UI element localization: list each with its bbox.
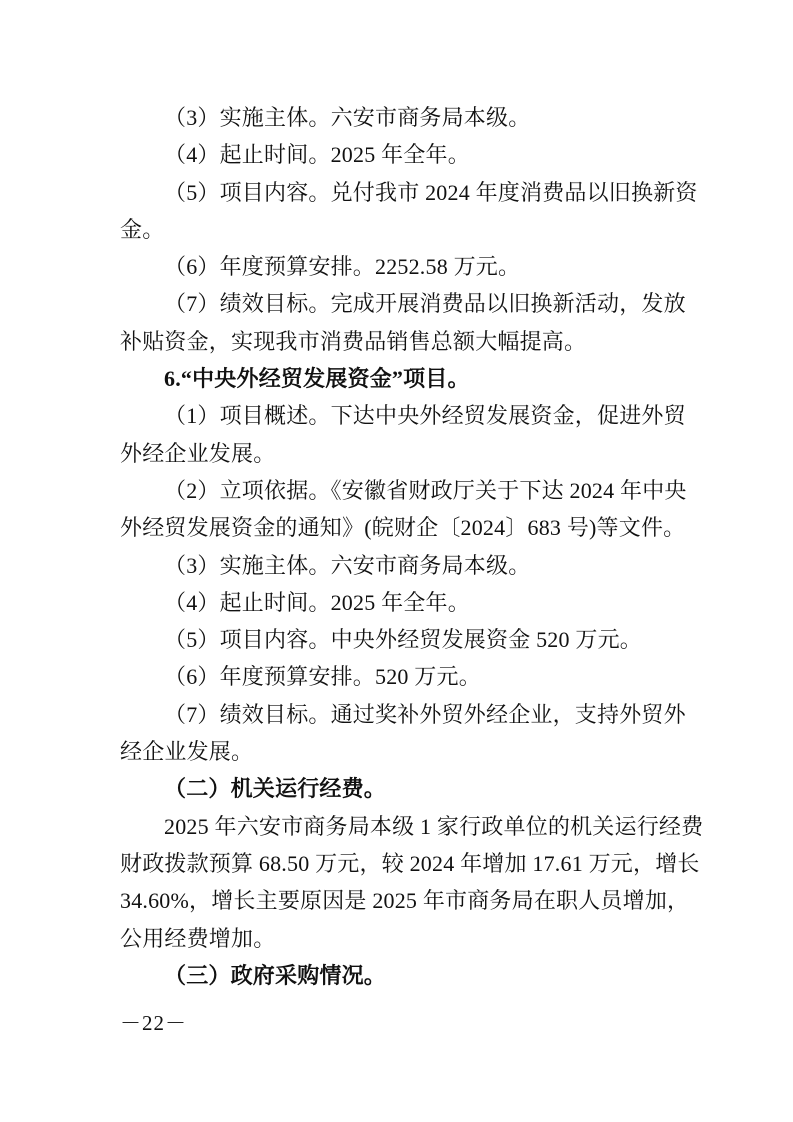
text-line: （2）立项依据。《安徽省财政厅关于下达 2024 年中央 [120, 472, 674, 509]
text-line: （7）绩效目标。完成开展消费品以旧换新活动，发放 [120, 285, 674, 322]
page-number: －22－ [120, 1008, 187, 1038]
text-line: （三）政府采购情况。 [120, 957, 674, 994]
text-line: （4）起止时间。2025 年全年。 [120, 584, 674, 621]
text-line: 金。 [120, 211, 674, 248]
text-line: （二）机关运行经费。 [120, 770, 674, 807]
text-line: 财政拨款预算 68.50 万元，较 2024 年增加 17.61 万元，增长 [120, 845, 674, 882]
text-line: （3）实施主体。六安市商务局本级。 [120, 99, 674, 136]
text-line: （5）项目内容。中央外经贸发展资金 520 万元。 [120, 621, 674, 658]
text-line: （3）实施主体。六安市商务局本级。 [120, 547, 674, 584]
text-line: （6）年度预算安排。2252.58 万元。 [120, 248, 674, 285]
text-line: 经企业发展。 [120, 733, 674, 770]
text-line: 外经贸发展资金的通知》(皖财企〔2024〕683 号)等文件。 [120, 509, 674, 546]
text-line: 34.60%，增长主要原因是 2025 年市商务局在职人员增加， [120, 882, 674, 919]
text-line: 6.“中央外经贸发展资金”项目。 [120, 360, 674, 397]
text-line: 公用经费增加。 [120, 920, 674, 957]
text-line: （5）项目内容。兑付我市 2024 年度消费品以旧换新资 [120, 174, 674, 211]
text-line: （6）年度预算安排。520 万元。 [120, 658, 674, 695]
document-body: （3）实施主体。六安市商务局本级。（4）起止时间。2025 年全年。（5）项目内… [120, 99, 674, 994]
text-line: 2025 年六安市商务局本级 1 家行政单位的机关运行经费 [120, 808, 674, 845]
document-page: （3）实施主体。六安市商务局本级。（4）起止时间。2025 年全年。（5）项目内… [0, 0, 793, 1122]
text-line: 补贴资金，实现我市消费品销售总额大幅提高。 [120, 323, 674, 360]
text-line: （7）绩效目标。通过奖补外贸外经企业，支持外贸外 [120, 696, 674, 733]
text-line: （4）起止时间。2025 年全年。 [120, 136, 674, 173]
text-line: （1）项目概述。下达中央外经贸发展资金，促进外贸 [120, 397, 674, 434]
text-line: 外经企业发展。 [120, 435, 674, 472]
